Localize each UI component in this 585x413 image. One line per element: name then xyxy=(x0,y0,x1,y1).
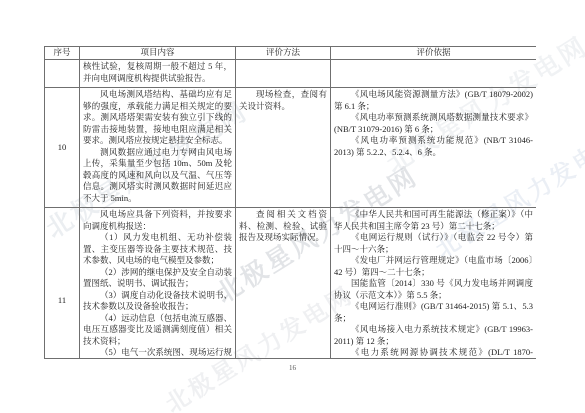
cell-evaluation-basis: 《中华人民共和国可再生能源法（修正案）》（中华人民共和国主席令第 23 号）第二… xyxy=(331,208,537,360)
paragraph: 风电场测风塔结构、基础均应有足够的强度，承载能力满足相关规定的要求。测风塔塔架需… xyxy=(83,89,232,147)
cell-evaluation-method: 查阅相关文档资料、检测、检验、试验报告及现场实际情况。 xyxy=(236,208,331,360)
cell-item-content: 风电场应具备下列资料，并按要求向调度机构报送： （1）风力发电机组、无功补偿装置… xyxy=(80,208,236,360)
table-row-11: 11 风电场应具备下列资料，并按要求向调度机构报送： （1）风力发电机组、无功补… xyxy=(45,208,537,360)
cell-evaluation-basis: 《风电场风能资源测量方法》(GB/T 18079-2002) 第 6.1 条； … xyxy=(331,88,537,208)
paragraph: （2）涉网的继电保护及安全自动装置图纸、说明书、调试报告； xyxy=(83,267,232,290)
paragraph: 《中华人民共和国可再生能源法（修正案）》（中华人民共和国主席令第 23 号）第二… xyxy=(334,209,533,232)
paragraph: 《风电功率预测系统功能规范》(NB/T 31046-2013) 第 5.2.2、… xyxy=(334,135,533,158)
evaluation-criteria-table: 序号 项目内容 评价方法 评价依据 核性试验，复核周期一般不超过 5 年，并向电… xyxy=(44,46,536,359)
col-header-evaluation-method: 评价方法 xyxy=(236,47,331,60)
cell-evaluation-method xyxy=(236,60,331,88)
paragraph: 测风数据应通过电力专网由风电场上传，采集量至少包括 10m、50m 及轮毂高度的… xyxy=(83,147,232,205)
header-row: 序号 项目内容 评价方法 评价依据 xyxy=(45,47,537,60)
page-number: 16 xyxy=(0,364,585,372)
paragraph: 国能监管〔2014〕330 号《风力发电场并网调度协议（示范文本）》第 5.5 … xyxy=(334,278,533,301)
table-row-10: 10 风电场测风塔结构、基础均应有足够的强度，承载能力满足相关规定的要求。测风塔… xyxy=(45,88,537,208)
document-page: 北极星风力发电网 北极星风力发电网 北极星风力发电网 北极星风力发电网 北极星风… xyxy=(0,0,585,413)
cell-evaluation-method: 现场检查，查阅有关设计资料。 xyxy=(236,88,331,208)
col-header-item-content: 项目内容 xyxy=(80,47,236,60)
cell-serial: 10 xyxy=(45,88,80,208)
paragraph: 《发电厂并网运行管理规定》（电监市场〔2006〕42 号）第四～二十七条； xyxy=(334,255,533,278)
paragraph: 《电网运行准则》(GB/T 31464-2015) 第 5.1、5.3 条； xyxy=(334,301,533,324)
paragraph: （5）电气一次系统图、现场运行规程。 xyxy=(83,347,232,359)
paragraph: 《电力系统网源协调技术规范》(DL/T 1870-2018) 第 6.3.5 条… xyxy=(334,347,533,359)
cell-serial xyxy=(45,60,80,88)
table-row-continuation: 核性试验，复核周期一般不超过 5 年，并向电网调度机构提供试验报告。 xyxy=(45,60,537,88)
cell-item-content: 核性试验，复核周期一般不超过 5 年，并向电网调度机构提供试验报告。 xyxy=(80,60,236,88)
paragraph: 查阅相关文档资料、检测、检验、试验报告及现场实际情况。 xyxy=(239,209,327,244)
cell-serial: 11 xyxy=(45,208,80,360)
paragraph: 核性试验，复核周期一般不超过 5 年，并向电网调度机构提供试验报告。 xyxy=(83,61,232,84)
paragraph: 风电场应具备下列资料，并按要求向调度机构报送： xyxy=(83,209,232,232)
cell-evaluation-basis xyxy=(331,60,537,88)
table-container: 序号 项目内容 评价方法 评价依据 核性试验，复核周期一般不超过 5 年，并向电… xyxy=(44,46,536,359)
paragraph: 《风电功率预测系统测风塔数据测量技术要求》(NB/T 31079-2016) 第… xyxy=(334,112,533,135)
paragraph: 《电网运行规则（试行）》（电监会 22 号令）第十四～十六条； xyxy=(334,232,533,255)
paragraph: （1）风力发电机组、无功补偿装置、主变压器等设备主要技术规范、技术参数、风电场的… xyxy=(83,232,232,267)
paragraph: 《风电场风能资源测量方法》(GB/T 18079-2002) 第 6.1 条； xyxy=(334,89,533,112)
paragraph: 现场检查，查阅有关设计资料。 xyxy=(239,89,327,112)
paragraph: （4）远动信息（包括电流互感器、电压互感器变比及遥测满刻度值）相关技术资料； xyxy=(83,313,232,348)
col-header-serial: 序号 xyxy=(45,47,80,60)
col-header-evaluation-basis: 评价依据 xyxy=(331,47,537,60)
paragraph: 《风电场接入电力系统技术规定》(GB/T 19963-2011) 第 12 条； xyxy=(334,324,533,347)
cell-item-content: 风电场测风塔结构、基础均应有足够的强度，承载能力满足相关规定的要求。测风塔塔架需… xyxy=(80,88,236,208)
paragraph: （3）调度自动化设备技术说明书、技术参数以及设备验收报告； xyxy=(83,290,232,313)
